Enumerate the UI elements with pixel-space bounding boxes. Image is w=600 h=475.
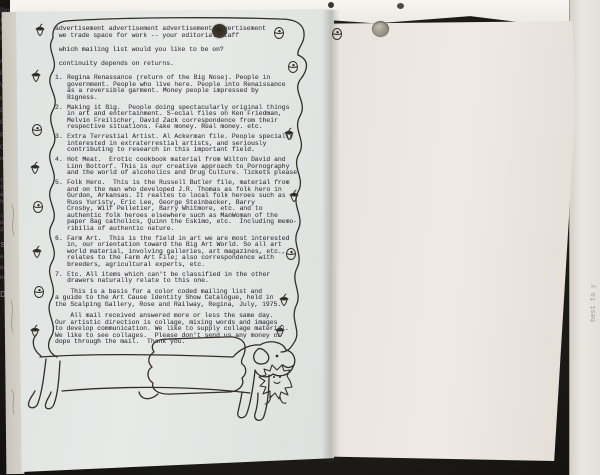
advertisement-header: advertisement advertisement advertisemen… [55, 25, 315, 67]
small-hole-speck [397, 3, 404, 9]
list-item-text: Regina Renassance (return of the Big Nos… [67, 75, 286, 101]
closing-paragraph-2: All mail received answered more or less … [55, 313, 315, 346]
list-item-text: Folk Hero. This is the Russell Butler fi… [67, 180, 297, 232]
page-fold-shadow [322, 10, 340, 462]
list-item: 1. Regina Renassance (return of the Big … [55, 75, 315, 101]
left-page-text: advertisement advertisement advertisemen… [55, 25, 315, 351]
list-number: 1. [55, 75, 67, 101]
right-page [330, 21, 575, 461]
list-item: 3. Extra Terrestial Artist. Al Ackerman … [55, 134, 315, 154]
punch-hole-dark [212, 24, 227, 38]
list-number: 6. [55, 236, 67, 269]
list-number: 4. [55, 157, 67, 177]
scanned-document-photo: best to y exchange, but not obvious from… [0, 0, 600, 475]
list-item: 5. Folk Hero. This is the Russell Butler… [55, 180, 315, 232]
list-number: 3. [55, 134, 67, 154]
list-number: 7. [55, 272, 67, 285]
list-number: 2. [55, 105, 67, 131]
list-item: 4. Hot Meat. Erotic cookbook material fr… [55, 157, 315, 177]
list-item: 7. Etc. All items which can't be classif… [55, 272, 315, 285]
closing-paragraph-1: This is a basis for a color coded mailin… [55, 289, 315, 309]
list-item-text: Etc. All items which can't be classified… [67, 272, 270, 285]
list-item-text: Making it Big. People doing spectacularl… [67, 105, 289, 131]
small-hole-speck [328, 2, 334, 8]
list-item-text: Farm Art. This is the field in art we ar… [67, 236, 289, 269]
list-item: 6. Farm Art. This is the field in art we… [55, 236, 315, 269]
rotated-page-edge-text: best to y exchange, but not obvious from… [574, 0, 600, 472]
list-number: 5. [55, 180, 67, 232]
list-item: 2. Making it Big. People doing spectacul… [55, 105, 315, 131]
punch-hole-light [372, 21, 389, 37]
edge-text-line-faint: best to y [590, 0, 598, 472]
list-item-text: Hot Meat. Erotic cookbook material from … [67, 157, 301, 177]
list-item-text: Extra Terrestial Artist. Al Ackerman fil… [67, 134, 293, 154]
